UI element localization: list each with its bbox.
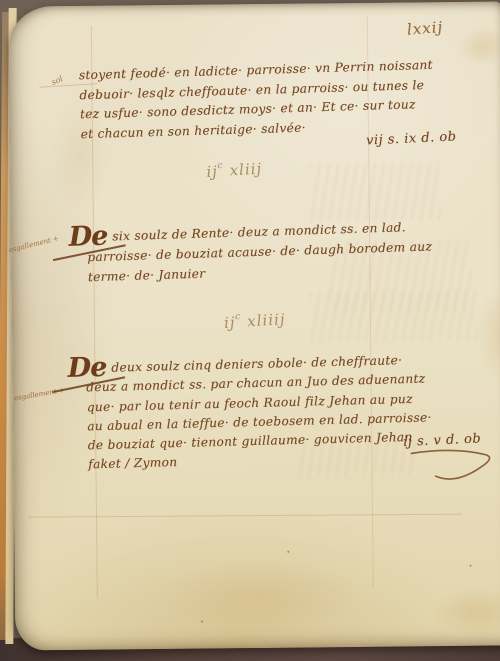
parchment-stain <box>478 286 500 381</box>
ledger-entry: stoyent feodé· en ladicte· parroisse· vn… <box>79 56 435 144</box>
ink-showthrough <box>310 290 479 342</box>
ink-speck <box>470 565 472 567</box>
manuscript-photo: { "folio": "lxxij", "notes": [ { "text":… <box>0 0 500 661</box>
entry-amount: vij s. ix d. ob <box>366 129 457 148</box>
item-number-rest: xliiij <box>247 310 286 330</box>
ledger-entry: Desix soulz de Rente· deuz a mondict ss.… <box>68 216 433 287</box>
item-number-sup: c <box>235 312 242 322</box>
folio-number: lxxij <box>406 18 443 39</box>
item-number: ijc xliiij <box>223 310 286 332</box>
amount-flourish-stroke <box>409 444 499 487</box>
item-number-rest: xliij <box>229 160 263 180</box>
ink-speck <box>201 621 203 623</box>
item-number: ijc xliij <box>206 160 263 181</box>
ink-showthrough <box>310 162 441 221</box>
ink-speck <box>287 551 289 553</box>
parchment-page: lxxij sol esgallement + esgallement + st… <box>9 1 500 650</box>
ledger-entry: Dedeux soulz cinq deniers obole· de chef… <box>67 349 432 475</box>
parchment-stain <box>457 25 500 68</box>
item-number-sup: c <box>217 161 224 171</box>
parchment-stain <box>154 558 365 635</box>
ruling-line-horizontal-bottom <box>28 514 462 518</box>
parchment-stain <box>430 586 500 639</box>
